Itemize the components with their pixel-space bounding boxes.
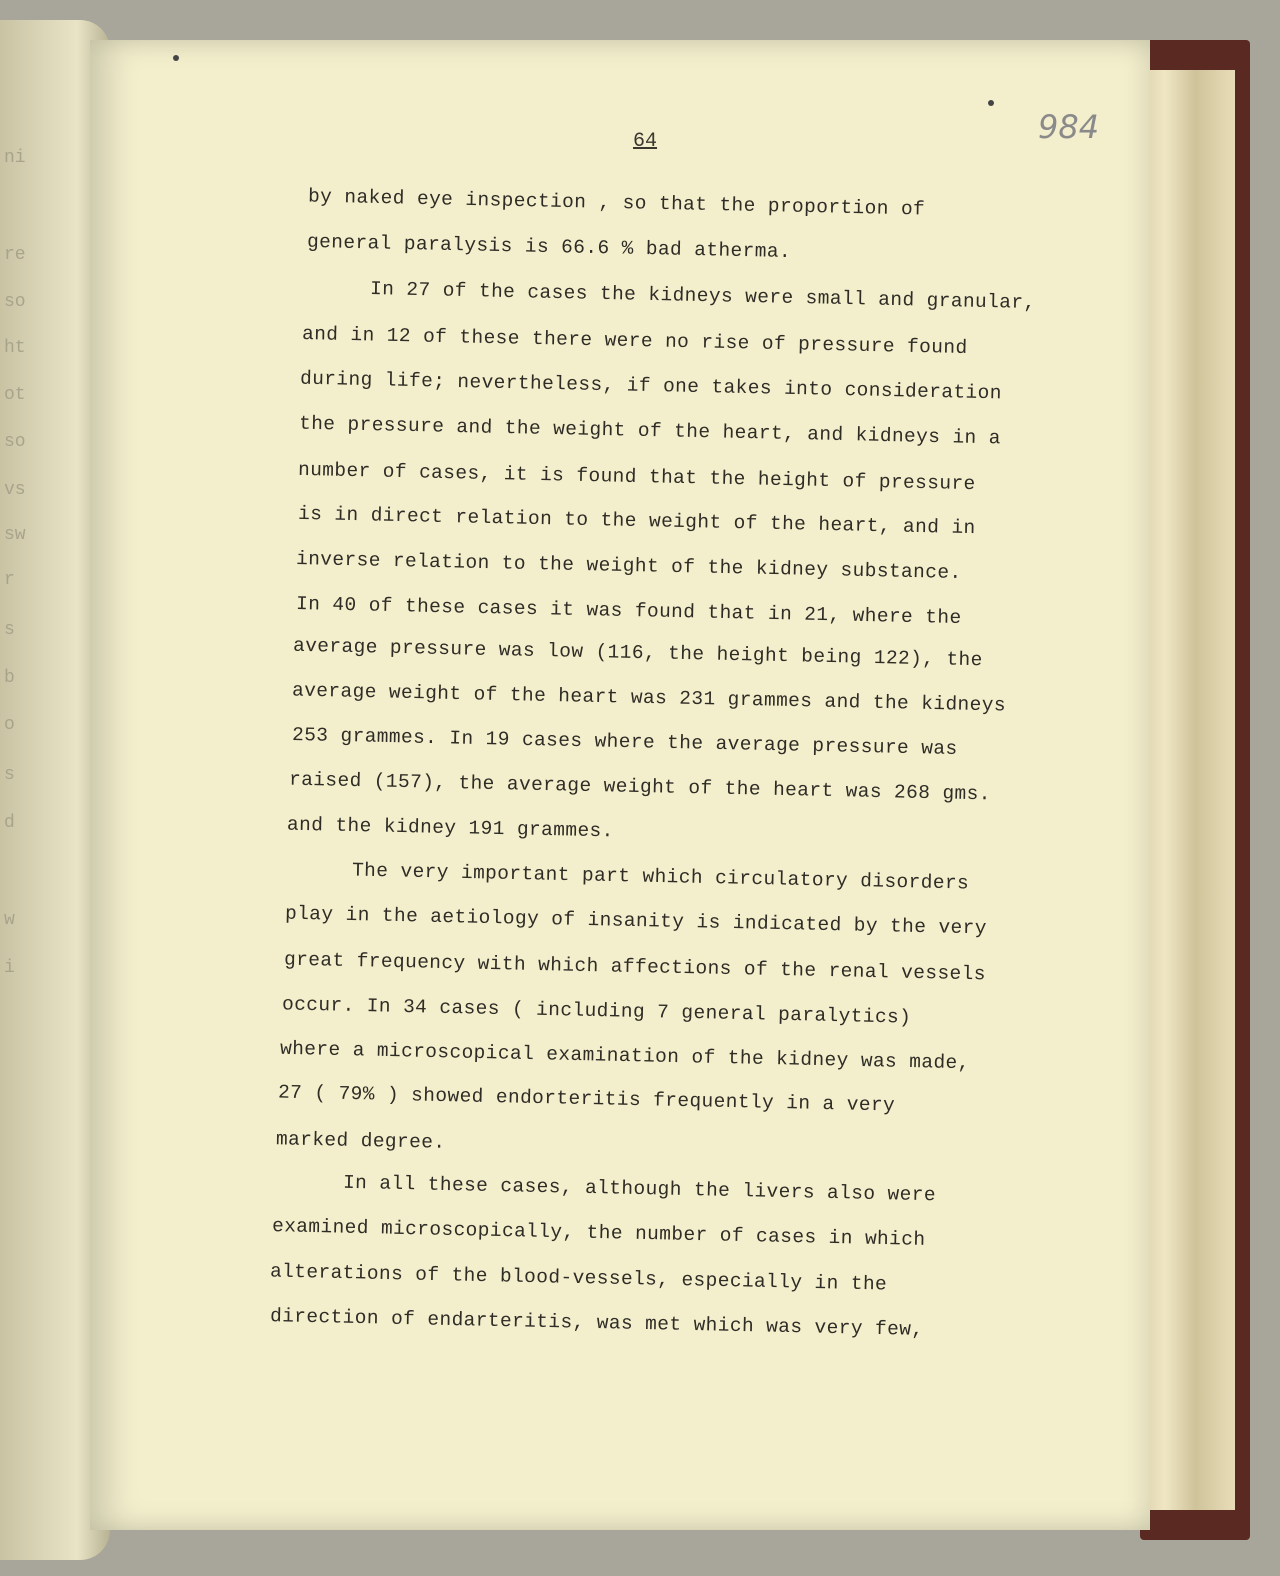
left-page-fragment: o xyxy=(4,715,15,735)
left-page-fragment: r xyxy=(4,570,15,590)
folio-number: 984 xyxy=(1038,108,1099,146)
left-page-fragment: i xyxy=(4,958,15,978)
left-page-fragment: sw xyxy=(4,525,26,545)
text-line: marked degree. xyxy=(276,1128,446,1154)
left-page-fragment: ot xyxy=(4,385,26,405)
page-number: 64 xyxy=(633,130,657,153)
left-page-fragment: w xyxy=(4,910,15,930)
page-edges xyxy=(1135,70,1235,1510)
left-page-fragment: re xyxy=(4,245,26,265)
left-page-fragment: vs xyxy=(4,480,26,500)
punch-mark xyxy=(988,100,994,106)
left-page-fragment: so xyxy=(4,292,26,312)
left-page-fragment: so xyxy=(4,432,26,452)
left-page-fragment: d xyxy=(4,813,15,833)
left-page-fragment: ht xyxy=(4,338,26,358)
left-page-fragment: s xyxy=(4,620,15,640)
left-page-fragment: ni xyxy=(4,148,26,168)
left-page-fragment: b xyxy=(4,668,15,688)
punch-mark xyxy=(173,55,179,61)
left-page-fragment: s xyxy=(4,765,15,785)
